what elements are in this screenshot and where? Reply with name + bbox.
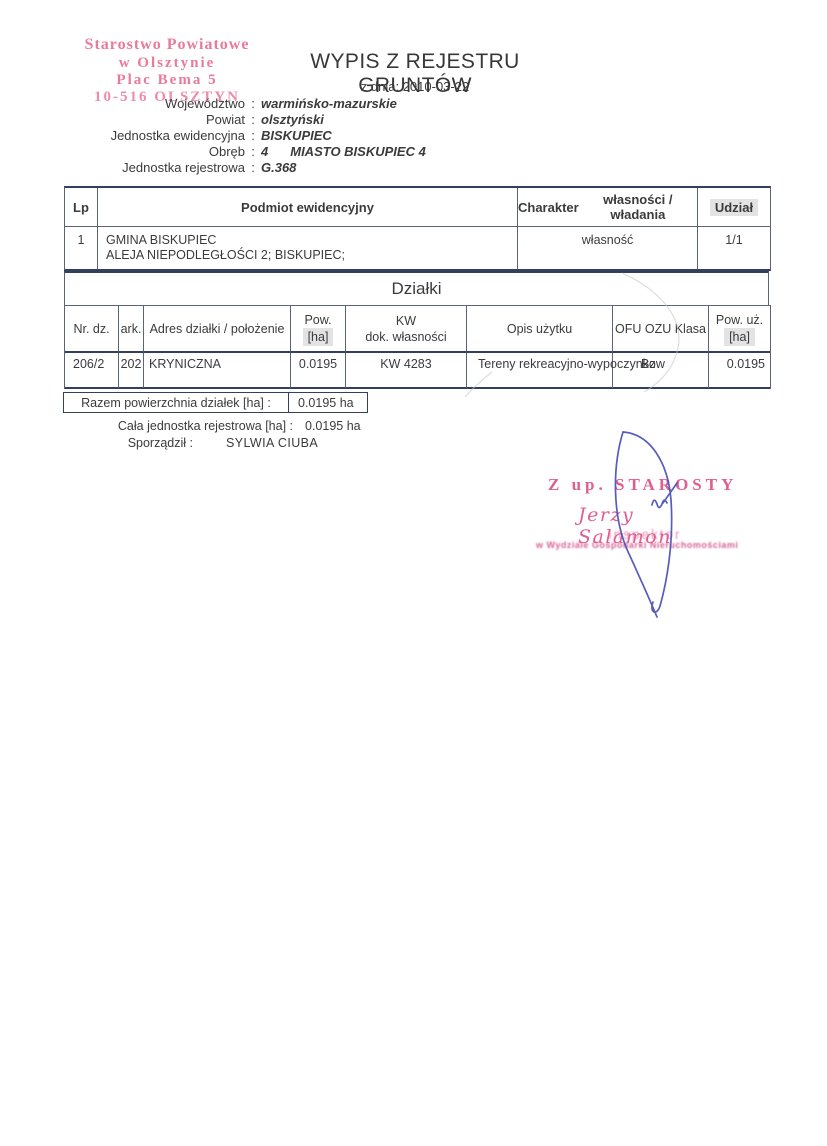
parcels-header-kw: KW dok. własności xyxy=(346,306,467,353)
owner-row-podmiot: GMINA BISKUPIEC ALEJA NIEPODLEGŁOŚCI 2; … xyxy=(98,227,518,269)
sporzadzil-value: SYLWIA CIUBA xyxy=(226,436,318,450)
owners-header-charakter-line1: Charakter xyxy=(518,200,579,215)
field-label: Jednostka rejestrowa xyxy=(0,160,245,175)
owner-row-charakter: własność xyxy=(518,227,698,269)
parcel-row-opis: Tereny rekreacyjno-wypoczynkow xyxy=(467,353,613,389)
owners-header-udzial-label: Udział xyxy=(710,199,758,216)
approval-stamp-department: w Wydziale Gospodarki Nieruchomościami xyxy=(536,540,746,550)
parcels-header-adres: Adres działki / położenie xyxy=(144,306,291,353)
parcels-header-pow-uz-line2: [ha] xyxy=(724,328,755,346)
field-wojewodztwo: Województwo:warmińsko-mazurskie xyxy=(0,96,560,112)
parcels-header-pow-uz: Pow. uż. [ha] xyxy=(709,306,770,353)
parcels-header-kw-line1: KW xyxy=(396,313,416,329)
field-jednostka-ewidencyjna: Jednostka ewidencyjna:BISKUPIEC xyxy=(0,128,560,144)
field-colon: : xyxy=(245,160,261,175)
parcels-header-pow: Pow. [ha] xyxy=(291,306,346,353)
parcels-header-pow-line2: [ha] xyxy=(303,328,334,346)
letterhead-line: Plac Bema 5 xyxy=(78,72,256,89)
parcel-row-pow-uz: 0.0195 xyxy=(709,353,770,389)
field-colon: : xyxy=(245,112,261,127)
owners-header-charakter-line2: własności / władania xyxy=(579,192,697,222)
field-label: Powiat xyxy=(0,112,245,127)
field-colon: : xyxy=(245,144,261,159)
field-powiat: Powiat:olsztyński xyxy=(0,112,560,128)
field-value: 4 xyxy=(261,144,268,159)
owner-address: ALEJA NIEPODLEGŁOŚCI 2; BISKUPIEC; xyxy=(106,248,517,263)
document-page: Starostwo Powiatowe w Olsztynie Plac Bem… xyxy=(0,0,827,1146)
razem-value: 0.0195 ha xyxy=(289,393,367,412)
parcels-header-ofu-ozu-klasa: OFU OZU Klasa xyxy=(613,306,709,353)
parcels-header-kw-line2: dok. własności xyxy=(365,329,446,345)
dzialki-section-title: Działki xyxy=(64,271,769,305)
owners-header-udzial: Udział xyxy=(698,188,770,227)
field-value: warmińsko-mazurskie xyxy=(261,96,397,111)
owners-header-podmiot: Podmiot ewidencyjny xyxy=(98,188,518,227)
cala-jednostka-label: Cała jednostka rejestrowa [ha] : xyxy=(63,419,293,433)
cala-jednostka-value: 0.0195 ha xyxy=(305,419,361,433)
parcels-header-pow-uz-line1: Pow. uż. xyxy=(716,312,763,328)
owners-header-charakter: Charakter własności / władania xyxy=(518,188,698,227)
owner-name: GMINA BISKUPIEC xyxy=(106,233,517,248)
field-label: Jednostka ewidencyjna xyxy=(0,128,245,143)
field-value: G.368 xyxy=(261,160,296,175)
field-obreb: Obręb:4MIASTO BISKUPIEC 4 xyxy=(0,144,560,160)
field-colon: : xyxy=(245,128,261,143)
letterhead-line: Starostwo Powiatowe xyxy=(78,36,256,54)
owners-header-lp: Lp xyxy=(65,188,98,227)
field-label: Województwo xyxy=(0,96,245,111)
parcel-row-nr-dz: 206/2 xyxy=(65,353,119,389)
owner-row-lp: 1 xyxy=(65,227,98,269)
razem-box: Razem powierzchnia działek [ha] : 0.0195… xyxy=(63,392,368,413)
field-value-2: MIASTO BISKUPIEC 4 xyxy=(290,144,426,159)
date-line: z dnia: 2010-03-22 xyxy=(255,79,575,94)
parcels-table: Nr. dz. ark. Adres działki / położenie P… xyxy=(64,305,771,389)
parcels-header-opis: Opis użytku xyxy=(467,306,613,353)
sporzadzil-label: Sporządził : xyxy=(63,436,193,450)
owner-row-udzial: 1/1 xyxy=(698,227,770,269)
parcel-row-pow: 0.0195 xyxy=(291,353,346,389)
parcels-header-pow-line1: Pow. xyxy=(304,312,331,328)
parcel-row-adres: KRYNICZNA xyxy=(144,353,291,389)
field-value: olsztyński xyxy=(261,112,324,127)
field-label: Obręb xyxy=(0,144,245,159)
field-value: BISKUPIEC xyxy=(261,128,332,143)
field-jednostka-rejestrowa: Jednostka rejestrowa:G.368 xyxy=(0,160,560,176)
parcel-row-kw: KW 4283 xyxy=(346,353,467,389)
parcel-row-ark: 202 xyxy=(119,353,144,389)
parcels-header-nr-dz: Nr. dz. xyxy=(65,306,119,353)
owners-table: Lp Podmiot ewidencyjny Charakter własnoś… xyxy=(64,186,771,271)
field-colon: : xyxy=(245,96,261,111)
letterhead-line: w Olsztynie xyxy=(78,55,256,72)
approval-stamp-authority: Z up. STAROSTY xyxy=(548,475,748,495)
parcel-row-ofu: Bz xyxy=(613,353,709,389)
razem-label: Razem powierzchnia działek [ha] : xyxy=(64,393,289,412)
parcels-header-ark: ark. xyxy=(119,306,144,353)
